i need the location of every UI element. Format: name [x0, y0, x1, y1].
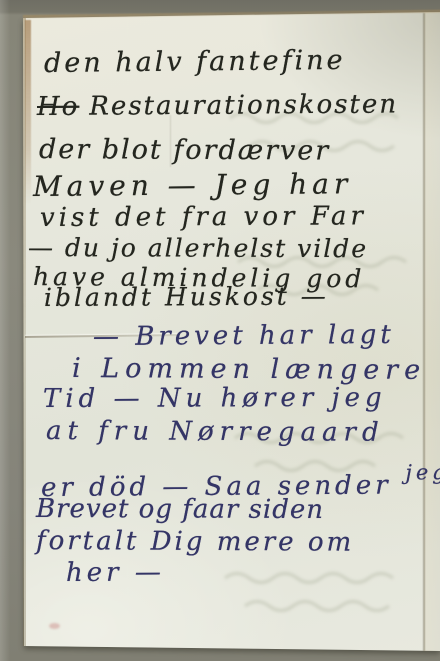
- paragraph-2: — Brevet har lagt i Lommen længere Tid —…: [0, 0, 440, 661]
- handwritten-line: at fru Nørregaard: [46, 416, 385, 448]
- raised-word: jeg: [405, 460, 440, 484]
- handwritten-line: Brevet og faar siden: [36, 494, 324, 525]
- handwritten-line: Tid — Nu hører jeg: [43, 383, 387, 414]
- handwritten-line: fortalt Dig mere om: [36, 526, 354, 558]
- handwritten-line: her —: [66, 557, 165, 588]
- handwritten-line: — Brevet har lagt: [93, 320, 395, 352]
- handwritten-line: i Lommen længere: [72, 353, 426, 386]
- letter-photo: den halv fantefine HoRestaurationskosten…: [0, 0, 440, 661]
